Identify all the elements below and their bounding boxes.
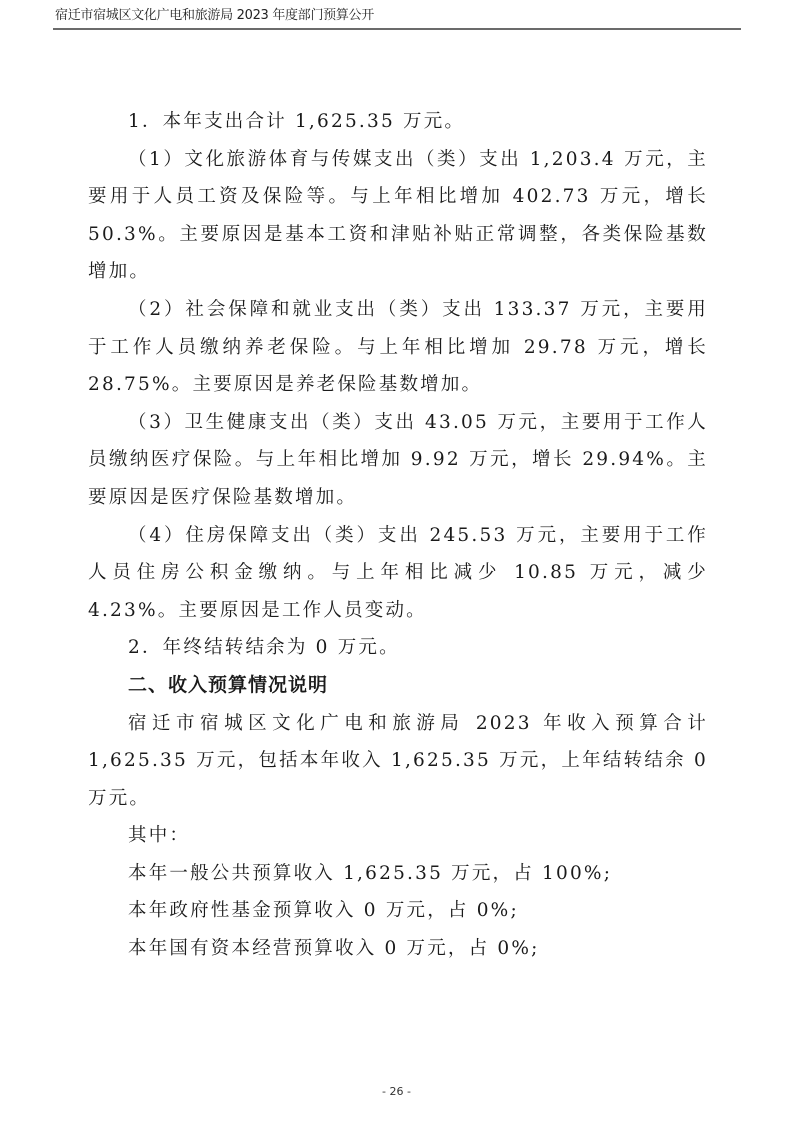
expenditure-item-culture: （1）文化旅游体育与传媒支出（类）支出 1,203.4 万元，主要用于人员工资及… (88, 141, 708, 291)
income-line-government-fund: 本年政府性基金预算收入 0 万元，占 0%; (88, 892, 708, 930)
carryover-statement: 2．年终结转结余为 0 万元。 (88, 629, 708, 667)
document-body: 1．本年支出合计 1,625.35 万元。 （1）文化旅游体育与传媒支出（类）支… (88, 103, 708, 968)
header-divider (53, 28, 741, 30)
expenditure-total: 1．本年支出合计 1,625.35 万元。 (88, 103, 708, 141)
income-line-general-public: 本年一般公共预算收入 1,625.35 万元，占 100%; (88, 855, 708, 893)
expenditure-item-housing: （4）住房保障支出（类）支出 245.53 万元，主要用于工作人员住房公积金缴纳… (88, 517, 708, 630)
header-title: 宿迁市宿城区文化广电和旅游局 2023 年度部门预算公开 (53, 8, 741, 24)
among-label: 其中： (88, 817, 708, 855)
section-heading: 二、收入预算情况说明 (88, 667, 708, 705)
page-header: 宿迁市宿城区文化广电和旅游局 2023 年度部门预算公开 (53, 8, 741, 24)
expenditure-item-health: （3）卫生健康支出（类）支出 43.05 万元，主要用于工作人员缴纳医疗保险。与… (88, 404, 708, 517)
page-number: - 26 - (0, 1085, 793, 1098)
income-line-state-capital: 本年国有资本经营预算收入 0 万元，占 0%; (88, 930, 708, 968)
income-intro: 宿迁市宿城区文化广电和旅游局 2023 年收入预算合计 1,625.35 万元，… (88, 705, 708, 818)
expenditure-item-social-security: （2）社会保障和就业支出（类）支出 133.37 万元，主要用于工作人员缴纳养老… (88, 291, 708, 404)
